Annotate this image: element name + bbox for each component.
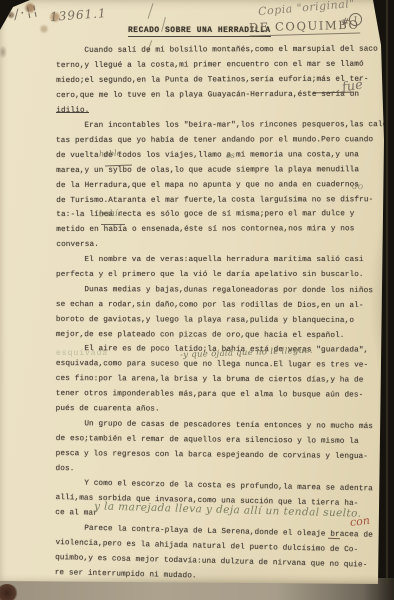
typed-line: se echan a rodar,sin daño,como por las r… <box>56 297 376 313</box>
typed-line: idilio. <box>56 102 376 118</box>
typed-line: conversa. <box>56 237 376 253</box>
typed-line: Eran incontables los "beira-mar",los rin… <box>56 118 376 134</box>
interline-correction-bahia: bahía <box>99 209 123 220</box>
typed-line: tas perdidas que yo había de tener andan… <box>56 133 376 149</box>
typed-line: de la Herradura,que el mapa no apunta y … <box>56 177 376 193</box>
paragraph: Cuando salí de mi bolsillo montañés,como… <box>56 43 376 119</box>
typed-line: El nombre va de veras:aquella herradura … <box>56 253 376 268</box>
typed-line: perfecta y el primero que la vió le darí… <box>56 268 376 283</box>
interline-insertion-es: es <box>226 151 235 160</box>
typed-line: ces fino:por la arena,la brisa y la brum… <box>56 372 376 389</box>
typed-line: terno,y llegué a la costa,mi primer encu… <box>56 58 376 74</box>
circled-page-number: 1 <box>348 12 362 26</box>
pencil-slash-mark <box>148 3 154 19</box>
paragraph: El nombre va de veras:aquella herradura … <box>56 253 376 283</box>
typed-line: Cuando salí de mi bolsillo montañés,como… <box>56 43 376 59</box>
typed-line: pesca y los regresos con la barca espeje… <box>56 446 376 464</box>
margin-scribble: do <box>352 182 364 193</box>
paragraph: Dunas medias y bajas,dunas regaloneadora… <box>56 283 376 344</box>
typed-line: de Turismo.Ataranta el mar fuerte,la cos… <box>56 192 376 208</box>
typed-line: pués de cuarenta años. <box>56 402 376 419</box>
paragraph: Eran incontables los "beira-mar",los rin… <box>56 118 376 253</box>
scanner-edge-highlight <box>386 0 388 584</box>
catalog-number: 13961.1 <box>50 6 107 24</box>
underline-mark <box>101 224 125 225</box>
copy-note: Copia "original" <box>258 0 356 18</box>
scanned-document: ·/·¦¦ 13961.1 Copia "original" RECADO SO… <box>0 0 394 600</box>
underline-mark <box>56 112 89 113</box>
corner-tally-marks: ·/·¦¦ <box>7 3 41 24</box>
typed-line: esquivada,como para suceso que no llega … <box>56 357 376 374</box>
typed-line: boroto de gaviotas,y luego la playa rasa… <box>56 312 376 328</box>
typed-line: Dunas medias y bajas,dunas regaloneadora… <box>56 283 376 299</box>
stain <box>0 584 18 600</box>
typed-line: cero,que me lo tuve en la playa Guayacán… <box>56 87 376 103</box>
margin-correction-con: con <box>349 514 370 529</box>
typescript-page: ·/·¦¦ 13961.1 Copia "original" RECADO SO… <box>0 0 394 586</box>
paragraph: Un grupo de casas de pescadores tenía en… <box>55 417 376 480</box>
carbon-ghost-text: esquivada <box>56 349 108 358</box>
typed-line: mejor,de ese plateado con pizcas de oro,… <box>56 327 376 343</box>
typed-line: miedo;el segundo,en la Punta de Teatinos… <box>56 72 376 88</box>
interline-correction-habla: habla <box>99 148 122 158</box>
typed-line: tener otros imponderables más,para que e… <box>56 387 376 404</box>
paragraph: Parece la contra-playa de La Serena,dond… <box>55 521 376 588</box>
